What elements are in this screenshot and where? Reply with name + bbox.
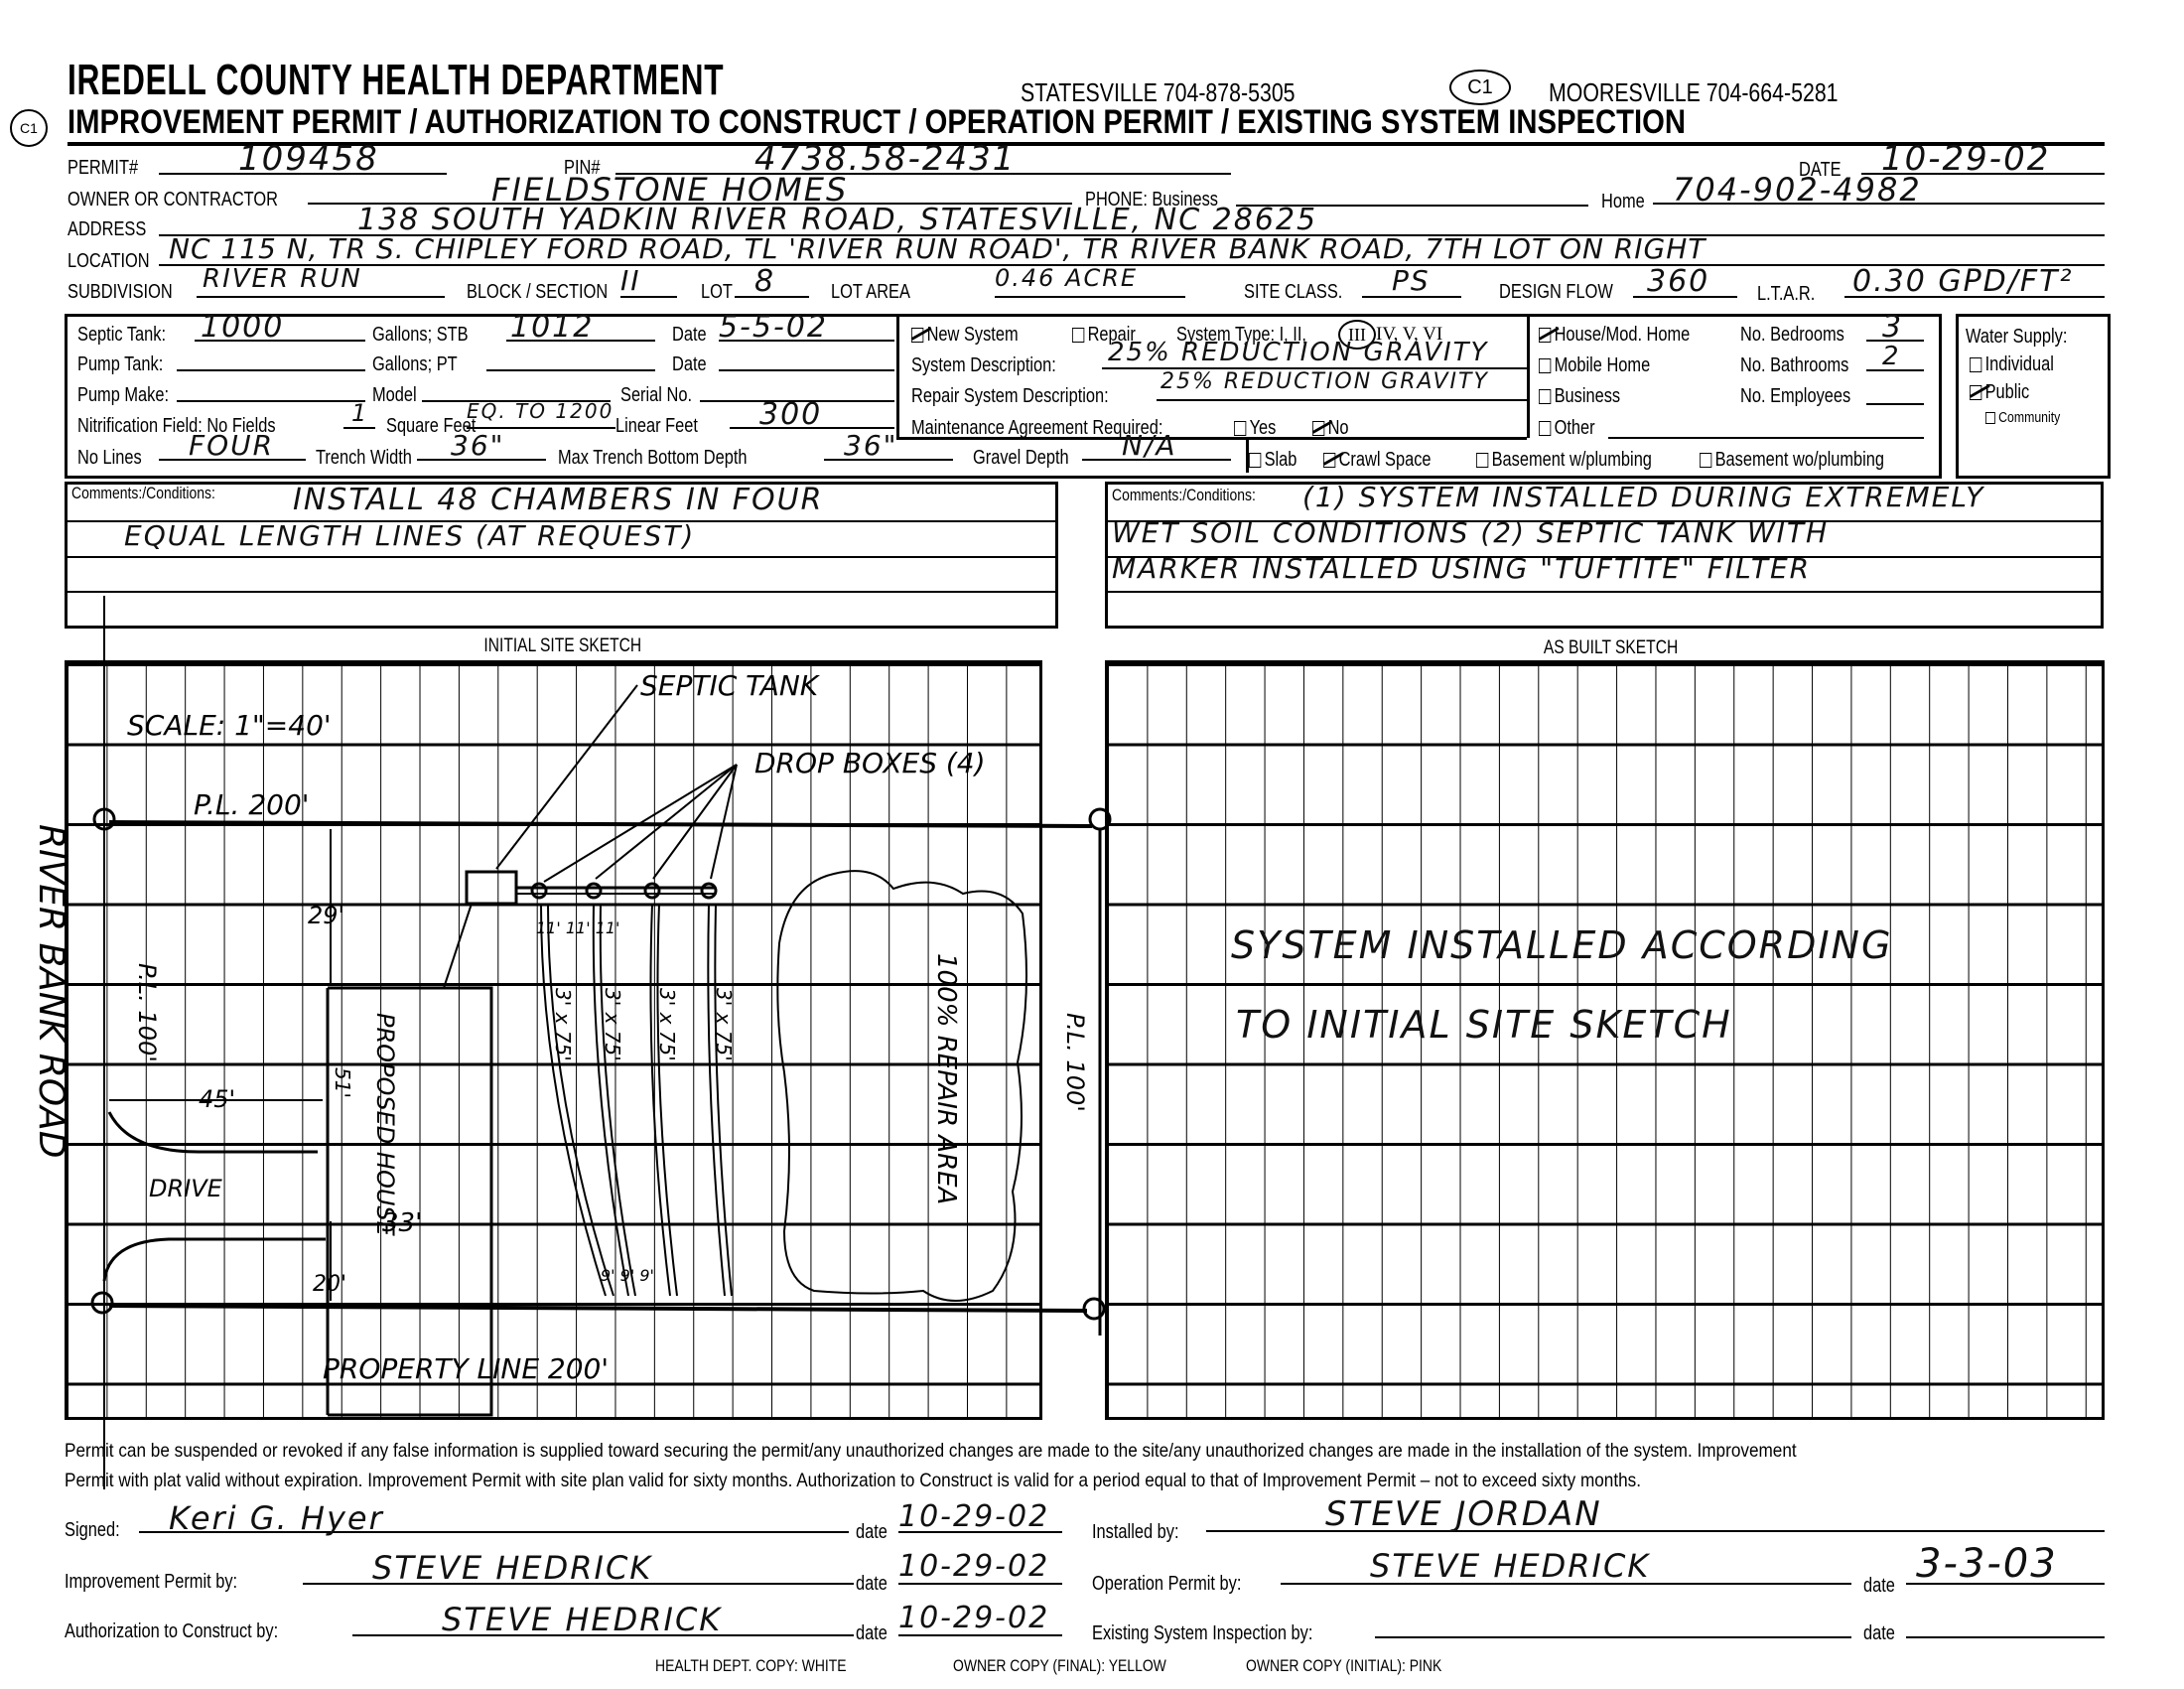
comments-right-line-1[interactable]: (1) SYSTEM INSTALLED DURING EXTREMELY [1302, 481, 1984, 513]
gallons-stb-label: Gallons; STB [372, 324, 469, 347]
address-field[interactable]: 138 SOUTH YADKIN RIVER ROAD, STATESVILLE… [159, 203, 2105, 236]
left-circled-mark: C1 [10, 109, 48, 147]
sketch-septic-tank-label: SEPTIC TANK [640, 669, 821, 702]
block-field[interactable]: II [620, 264, 677, 298]
sketch-scale: SCALE: 1"=40' [127, 709, 332, 742]
square-feet-field[interactable]: EQ. TO 1200 [467, 399, 615, 429]
checkbox-icon [1539, 421, 1551, 436]
comments-right-line-2[interactable]: WET SOIL CONDITIONS (2) SEPTIC TANK WITH [1112, 516, 1829, 549]
house-label: House/Mod. Home [1555, 324, 1691, 346]
comments-left-line-2[interactable]: EQUAL LENGTH LINES (AT REQUEST) [124, 519, 695, 552]
septic-date-field[interactable]: 5-5-02 [719, 310, 894, 342]
lot-label: LOT [701, 281, 733, 304]
slab-label: Slab [1265, 449, 1297, 471]
basement-wo-label: Basement wo/plumbing [1715, 449, 1884, 471]
design-flow-field[interactable]: 360 [1633, 264, 1737, 298]
sketch-trench-4: 3' x 75' [712, 988, 736, 1061]
pump-make-field[interactable] [177, 372, 365, 402]
repair-description-label: Repair System Description: [911, 385, 1109, 408]
no-lines-label: No Lines [77, 447, 142, 470]
basement-w-checkbox[interactable]: Basement w/plumbing [1476, 449, 1652, 472]
basement-w-label: Basement w/plumbing [1492, 449, 1652, 471]
sketch-dim-45: 45' [199, 1085, 235, 1113]
form-title: IMPROVEMENT PERMIT / AUTHORIZATION TO CO… [68, 103, 1686, 142]
operation-date-field[interactable]: 3-3-03 [1906, 1541, 2105, 1585]
checkbox-icon [1234, 421, 1246, 436]
community-label: Community [1998, 409, 2060, 426]
sketch-house-label: PROPOSED HOUSE [371, 1013, 399, 1237]
checkbox-icon [1249, 453, 1261, 468]
mobile-checkbox[interactable]: Mobile Home [1539, 354, 1650, 377]
maint-yes-label: Yes [1250, 417, 1277, 439]
installed-field[interactable]: STEVE JORDAN [1206, 1494, 2105, 1532]
signed-field[interactable]: Keri G. Hyer [139, 1499, 849, 1533]
pt-field[interactable] [486, 342, 655, 371]
crawl-label: Crawl Space [1339, 449, 1432, 471]
sketch-pl-right: P.L. 100' [1061, 1013, 1089, 1112]
other-label: Other [1555, 417, 1595, 439]
checkbox-icon [1539, 358, 1551, 373]
sketch-spacing-top: 11' 11' 11' [536, 918, 619, 937]
as-built-line-1: SYSTEM INSTALLED ACCORDING [1231, 923, 1892, 967]
checkbox-checked-icon [1312, 421, 1324, 436]
pin-field[interactable]: 4738.58-2431 [615, 139, 1231, 175]
copy-yellow: OWNER COPY (FINAL): YELLOW [953, 1656, 1166, 1676]
authorization-label: Authorization to Construct by: [65, 1620, 278, 1643]
maintenance-yes-checkbox[interactable]: Yes [1234, 417, 1276, 440]
checkbox-checked-icon [911, 328, 923, 343]
signed-label: Signed: [65, 1519, 120, 1542]
subdivision-field[interactable]: RIVER RUN [197, 264, 445, 298]
individual-checkbox[interactable]: Individual [1970, 353, 2054, 376]
existing-date-field[interactable] [1906, 1609, 2105, 1638]
sketch-pl-bottom: PROPERTY LINE 200' [323, 1352, 609, 1385]
divider [896, 314, 899, 438]
sketch-drop-boxes-label: DROP BOXES (4) [754, 747, 986, 779]
sketch-trench-3: 3' x 75' [655, 988, 679, 1061]
stb-field[interactable]: 1012 [506, 310, 655, 342]
existing-label: Existing System Inspection by: [1092, 1622, 1312, 1645]
linear-feet-field[interactable]: 300 [730, 397, 894, 429]
trench-width-label: Trench Width [316, 447, 412, 470]
linear-feet-label: Linear Feet [615, 415, 698, 438]
sketch-drive-label: DRIVE [149, 1175, 223, 1202]
septic-date-label: Date [672, 324, 707, 347]
design-flow-label: DESIGN FLOW [1499, 281, 1613, 304]
bedrooms-field[interactable]: 3 [1866, 310, 1924, 342]
copy-white: HEALTH DEPT. COPY: WHITE [655, 1656, 847, 1676]
checkbox-icon [1970, 357, 1981, 372]
checkbox-icon [1072, 328, 1084, 343]
comments-right-label: Comments:/Conditions: [1112, 486, 1256, 505]
individual-label: Individual [1985, 353, 2054, 375]
ltar-label: L.T.A.R. [1757, 283, 1815, 306]
initial-sketch-drawing: SCALE: 1"=40' SEPTIC TANK DROP BOXES (4)… [0, 596, 1112, 1489]
new-system-checkbox[interactable]: New System [911, 324, 1019, 347]
model-field[interactable] [422, 372, 611, 402]
location-field[interactable]: NC 115 N, TR S. CHIPLEY FORD ROAD, TL 'R… [159, 232, 2105, 266]
employees-label: No. Employees [1740, 385, 1850, 408]
pump-tank-label: Pump Tank: [77, 353, 163, 376]
authorization-date-label: date [856, 1622, 887, 1645]
divider [1527, 314, 1530, 438]
disclaimer-line-1: Permit can be suspended or revoked if an… [65, 1440, 1797, 1463]
business-label: Business [1555, 385, 1621, 407]
description-label: System Description: [911, 354, 1056, 377]
improvement-field[interactable]: STEVE HEDRICK [303, 1549, 854, 1585]
checkbox-checked-icon [1539, 328, 1551, 343]
sketch-spacing-bottom: 9' 9' 9' [601, 1266, 654, 1285]
checkbox-icon [1539, 389, 1551, 404]
lot-area-label: LOT AREA [831, 281, 910, 304]
installed-label: Installed by: [1092, 1521, 1179, 1544]
sketch-dim-51: 51' [331, 1067, 354, 1098]
comments-right-line-3[interactable]: MARKER INSTALLED USING "TUFTITE" FILTER [1112, 552, 1811, 585]
address-label: ADDRESS [68, 218, 146, 241]
house-checkbox[interactable]: House/Mod. Home [1539, 324, 1690, 347]
checkbox-icon [1476, 453, 1488, 468]
sketch-repair-area-label: 100% REPAIR AREA [931, 953, 961, 1204]
trench-width-field[interactable]: 36" [417, 429, 546, 461]
operation-label: Operation Permit by: [1092, 1573, 1241, 1596]
subdivision-label: SUBDIVISION [68, 281, 173, 304]
authorization-date-field[interactable]: 10-29-02 [898, 1601, 1062, 1636]
signed-date-field[interactable]: 10-29-02 [898, 1499, 1062, 1533]
circled-mark: C1 [1449, 70, 1511, 105]
septic-tank-field[interactable]: 1000 [195, 310, 365, 342]
lot-field[interactable]: 8 [735, 264, 809, 298]
pump-make-label: Pump Make: [77, 384, 169, 407]
water-supply-label: Water Supply: [1966, 326, 2067, 349]
existing-field[interactable] [1375, 1609, 1851, 1638]
permit-label: PERMIT# [68, 157, 138, 180]
sketch-dim-20: 20' [313, 1272, 346, 1297]
serial-label: Serial No. [620, 384, 692, 407]
operation-date-label: date [1863, 1575, 1895, 1598]
block-label: BLOCK / SECTION [467, 281, 608, 304]
other-checkbox[interactable]: Other [1539, 417, 1595, 440]
employees-field[interactable] [1866, 375, 1924, 405]
location-label: LOCATION [68, 250, 150, 273]
sketch-pl-top: P.L. 200' [194, 788, 309, 821]
date-field[interactable]: 10-29-02 [1861, 139, 2105, 175]
site-class-label: SITE CLASS. [1244, 281, 1342, 304]
signed-date-label: date [856, 1521, 887, 1544]
no-fields-field[interactable]: 1 [343, 399, 375, 429]
max-depth-label: Max Trench Bottom Depth [558, 447, 748, 470]
checkbox-checked-icon [1323, 453, 1335, 468]
pump-tank-field[interactable] [177, 342, 365, 371]
public-label: Public [1985, 381, 2030, 403]
septic-tank-label: Septic Tank: [77, 324, 166, 347]
pt-date-field[interactable] [719, 342, 894, 371]
slab-checkbox[interactable]: Slab [1249, 449, 1297, 472]
sketch-road-label: RIVER BANK ROAD [31, 824, 71, 1158]
permit-field[interactable]: 109458 [159, 139, 447, 175]
new-system-label: New System [927, 324, 1019, 346]
sketch-trench-1: 3' x 75' [551, 988, 575, 1061]
bathrooms-label: No. Bathrooms [1740, 354, 1848, 377]
no-lines-field[interactable]: FOUR [159, 429, 306, 461]
ltar-field[interactable]: 0.30 GPD/FT² [1844, 264, 2105, 298]
checkbox-icon [1700, 453, 1711, 468]
bathrooms-field[interactable]: 2 [1866, 342, 1924, 371]
improvement-date-field[interactable]: 10-29-02 [898, 1549, 1062, 1585]
business-checkbox[interactable]: Business [1539, 385, 1620, 408]
repair-description-field[interactable]: 25% REDUCTION GRAVITY [1157, 369, 1527, 401]
sketch-trench-2: 3' x 75' [601, 988, 624, 1061]
mobile-label: Mobile Home [1555, 354, 1651, 376]
bedrooms-label: No. Bedrooms [1740, 324, 1844, 347]
copy-pink: OWNER COPY (INITIAL): PINK [1246, 1656, 1441, 1676]
crawl-space-checkbox[interactable]: Crawl Space [1323, 449, 1432, 472]
disclaimer-line-2: Permit with plat valid without expiratio… [65, 1470, 1641, 1492]
community-checkbox[interactable]: Community [1985, 409, 2060, 426]
maintenance-label: Maintenance Agreement Required: [911, 417, 1162, 440]
sketch-pl-left: P.L. 100' [133, 963, 161, 1062]
as-built-line-2: TO INITIAL SITE SKETCH [1236, 1003, 1732, 1047]
agency-title: IREDELL COUNTY HEALTH DEPARTMENT [68, 56, 724, 105]
improvement-label: Improvement Permit by: [65, 1571, 237, 1594]
authorization-field[interactable]: STEVE HEDRICK [352, 1601, 854, 1636]
other-field[interactable] [1608, 415, 1924, 439]
operation-field[interactable]: STEVE HEDRICK [1281, 1547, 1851, 1585]
basement-wo-checkbox[interactable]: Basement wo/plumbing [1700, 449, 1884, 472]
existing-date-label: date [1863, 1622, 1895, 1645]
improvement-date-label: date [856, 1573, 887, 1596]
as-built-sketch-title: AS BUILT SKETCH [1544, 637, 1678, 659]
maintenance-no-checkbox[interactable]: No [1312, 417, 1349, 440]
sketch-dim-29: 29' [308, 902, 344, 929]
public-checkbox[interactable]: Public [1970, 381, 2029, 404]
phone-home-field[interactable]: 704-902-4982 [1653, 171, 2105, 205]
site-class-field[interactable]: PS [1362, 264, 1461, 298]
phone-business-field[interactable] [1236, 171, 1588, 207]
owner-field[interactable]: FIELDSTONE HOMES [308, 171, 1072, 205]
checkbox-icon [1985, 412, 1995, 424]
description-field[interactable]: 25% REDUCTION GRAVITY [1102, 338, 1527, 369]
model-label: Model [372, 384, 417, 407]
gravel-depth-label: Gravel Depth [973, 447, 1069, 470]
checkbox-checked-icon [1970, 385, 1981, 400]
comments-left-label: Comments:/Conditions: [71, 484, 215, 503]
lot-area-field[interactable]: 0.46 ACRE [995, 264, 1185, 298]
comments-left-line-1[interactable]: INSTALL 48 CHAMBERS IN FOUR [293, 483, 823, 517]
